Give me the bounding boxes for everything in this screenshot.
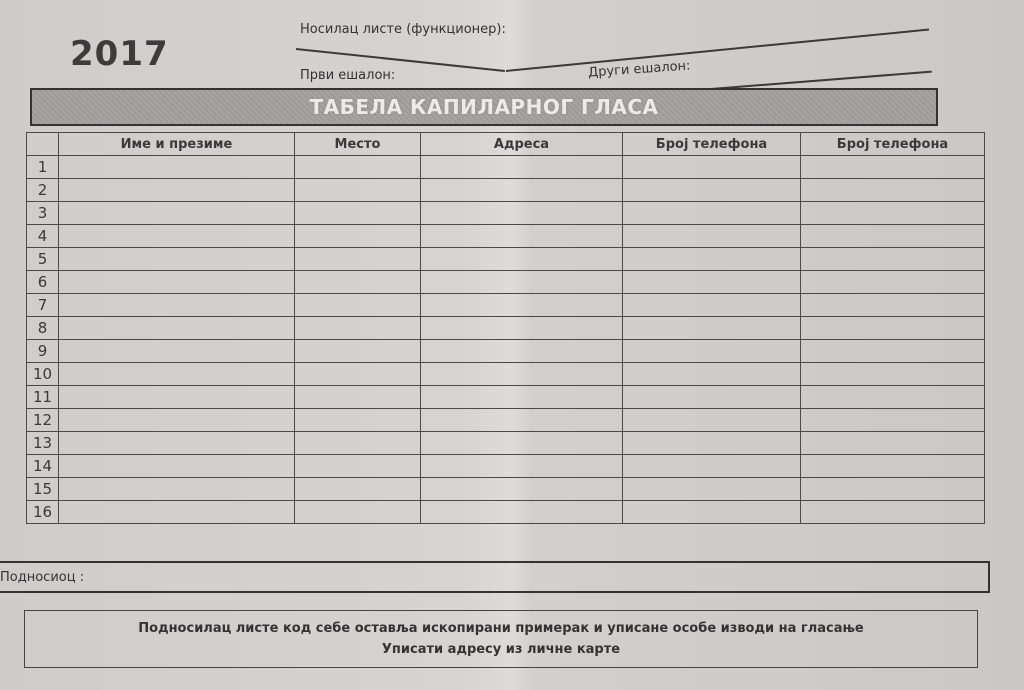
- cell-name[interactable]: [59, 432, 295, 455]
- cell-address[interactable]: [421, 271, 623, 294]
- cell-place[interactable]: [295, 271, 421, 294]
- table-row: 11: [27, 386, 985, 409]
- cell-phone-1[interactable]: [623, 409, 801, 432]
- cell-name[interactable]: [59, 317, 295, 340]
- table-row: 13: [27, 432, 985, 455]
- cell-address[interactable]: [421, 363, 623, 386]
- row-number: 6: [27, 271, 59, 294]
- row-number: 7: [27, 294, 59, 317]
- row-number: 2: [27, 179, 59, 202]
- cell-address[interactable]: [421, 478, 623, 501]
- cell-phone-2[interactable]: [801, 271, 985, 294]
- column-header-place: Место: [295, 133, 421, 156]
- table-row: 1: [27, 156, 985, 179]
- cell-phone-1[interactable]: [623, 432, 801, 455]
- table-row: 5: [27, 248, 985, 271]
- cell-phone-1[interactable]: [623, 225, 801, 248]
- cell-place[interactable]: [295, 156, 421, 179]
- cell-place[interactable]: [295, 202, 421, 225]
- cell-name[interactable]: [59, 386, 295, 409]
- cell-phone-1[interactable]: [623, 294, 801, 317]
- row-number: 15: [27, 478, 59, 501]
- row-number: 4: [27, 225, 59, 248]
- cell-phone-2[interactable]: [801, 202, 985, 225]
- cell-phone-1[interactable]: [623, 501, 801, 524]
- submitter-label: Подносиоц :: [0, 570, 84, 585]
- cell-phone-2[interactable]: [801, 478, 985, 501]
- column-header-phone-1: Број телефона: [623, 133, 801, 156]
- cell-phone-2[interactable]: [801, 501, 985, 524]
- list-holder-label: Носилац листе (функционер):: [300, 22, 506, 37]
- table-row: 3: [27, 202, 985, 225]
- cell-place[interactable]: [295, 432, 421, 455]
- cell-address[interactable]: [421, 156, 623, 179]
- list-holder-field-right[interactable]: [506, 29, 929, 72]
- cell-phone-1[interactable]: [623, 317, 801, 340]
- cell-phone-2[interactable]: [801, 386, 985, 409]
- cell-phone-2[interactable]: [801, 156, 985, 179]
- table-header-row: Име и презиме Место Адреса Број телефона…: [27, 133, 985, 156]
- cell-place[interactable]: [295, 363, 421, 386]
- cell-name[interactable]: [59, 501, 295, 524]
- cell-name[interactable]: [59, 271, 295, 294]
- note-line-1: Подносилац листе код себе оставља ископи…: [138, 621, 863, 636]
- row-number: 14: [27, 455, 59, 478]
- cell-phone-2[interactable]: [801, 294, 985, 317]
- cell-place[interactable]: [295, 409, 421, 432]
- table-row: 14: [27, 455, 985, 478]
- table-row: 12: [27, 409, 985, 432]
- cell-address[interactable]: [421, 340, 623, 363]
- table-row: 10: [27, 363, 985, 386]
- cell-phone-1[interactable]: [623, 340, 801, 363]
- cell-place[interactable]: [295, 501, 421, 524]
- cell-name[interactable]: [59, 409, 295, 432]
- cell-phone-2[interactable]: [801, 455, 985, 478]
- cell-address[interactable]: [421, 294, 623, 317]
- table-row: 2: [27, 179, 985, 202]
- cell-phone-2[interactable]: [801, 432, 985, 455]
- row-number: 16: [27, 501, 59, 524]
- cell-phone-1[interactable]: [623, 478, 801, 501]
- cell-name[interactable]: [59, 248, 295, 271]
- cell-phone-1[interactable]: [623, 271, 801, 294]
- cell-place[interactable]: [295, 294, 421, 317]
- cell-phone-2[interactable]: [801, 248, 985, 271]
- cell-place[interactable]: [295, 248, 421, 271]
- cell-place[interactable]: [295, 179, 421, 202]
- row-number: 9: [27, 340, 59, 363]
- row-number: 13: [27, 432, 59, 455]
- cell-address[interactable]: [421, 225, 623, 248]
- cell-address[interactable]: [421, 202, 623, 225]
- cell-phone-1[interactable]: [623, 179, 801, 202]
- cell-phone-2[interactable]: [801, 225, 985, 248]
- cell-place[interactable]: [295, 340, 421, 363]
- column-header-name: Име и презиме: [59, 133, 295, 156]
- cell-phone-1[interactable]: [623, 156, 801, 179]
- cell-phone-2[interactable]: [801, 409, 985, 432]
- cell-name[interactable]: [59, 455, 295, 478]
- cell-name[interactable]: [59, 363, 295, 386]
- cell-address[interactable]: [421, 317, 623, 340]
- table-row: 9: [27, 340, 985, 363]
- cell-phone-1[interactable]: [623, 386, 801, 409]
- cell-phone-2[interactable]: [801, 179, 985, 202]
- cell-phone-1[interactable]: [623, 202, 801, 225]
- first-echelon-label: Први ешалон:: [300, 68, 395, 83]
- table-row: 15: [27, 478, 985, 501]
- table-row: 4: [27, 225, 985, 248]
- cell-phone-2[interactable]: [801, 363, 985, 386]
- cell-phone-2[interactable]: [801, 340, 985, 363]
- submitter-field[interactable]: [84, 563, 988, 591]
- cell-name[interactable]: [59, 294, 295, 317]
- cell-name[interactable]: [59, 478, 295, 501]
- cell-place[interactable]: [295, 225, 421, 248]
- cell-address[interactable]: [421, 409, 623, 432]
- table-row: 6: [27, 271, 985, 294]
- cell-address[interactable]: [421, 455, 623, 478]
- row-number: 1: [27, 156, 59, 179]
- table-title-band: ТАБЕЛА КАПИЛАРНОГ ГЛАСА: [30, 88, 938, 126]
- cell-name[interactable]: [59, 179, 295, 202]
- cell-phone-1[interactable]: [623, 248, 801, 271]
- note-line-2: Уписати адресу из личне карте: [382, 642, 620, 657]
- column-header-number: [27, 133, 59, 156]
- column-header-address: Адреса: [421, 133, 623, 156]
- cell-place[interactable]: [295, 317, 421, 340]
- cell-phone-1[interactable]: [623, 455, 801, 478]
- cell-phone-1[interactable]: [623, 363, 801, 386]
- row-number: 3: [27, 202, 59, 225]
- capillary-vote-table: Име и презиме Место Адреса Број телефона…: [26, 132, 985, 524]
- cell-address[interactable]: [421, 501, 623, 524]
- column-header-phone-2: Број телефона: [801, 133, 985, 156]
- table-row: 7: [27, 294, 985, 317]
- cell-name[interactable]: [59, 225, 295, 248]
- cell-address[interactable]: [421, 248, 623, 271]
- cell-phone-2[interactable]: [801, 317, 985, 340]
- table-title: ТАБЕЛА КАПИЛАРНОГ ГЛАСА: [309, 95, 658, 119]
- cell-place[interactable]: [295, 478, 421, 501]
- row-number: 11: [27, 386, 59, 409]
- cell-place[interactable]: [295, 455, 421, 478]
- submitter-box: Подносиоц :: [0, 561, 990, 593]
- cell-address[interactable]: [421, 432, 623, 455]
- table-row: 8: [27, 317, 985, 340]
- year-heading: 2017: [70, 34, 169, 74]
- cell-name[interactable]: [59, 340, 295, 363]
- cell-place[interactable]: [295, 386, 421, 409]
- row-number: 8: [27, 317, 59, 340]
- cell-address[interactable]: [421, 179, 623, 202]
- row-number: 12: [27, 409, 59, 432]
- cell-name[interactable]: [59, 202, 295, 225]
- row-number: 10: [27, 363, 59, 386]
- row-number: 5: [27, 248, 59, 271]
- cell-address[interactable]: [421, 386, 623, 409]
- cell-name[interactable]: [59, 156, 295, 179]
- table-row: 16: [27, 501, 985, 524]
- instruction-note: Подносилац листе код себе оставља ископи…: [24, 610, 978, 668]
